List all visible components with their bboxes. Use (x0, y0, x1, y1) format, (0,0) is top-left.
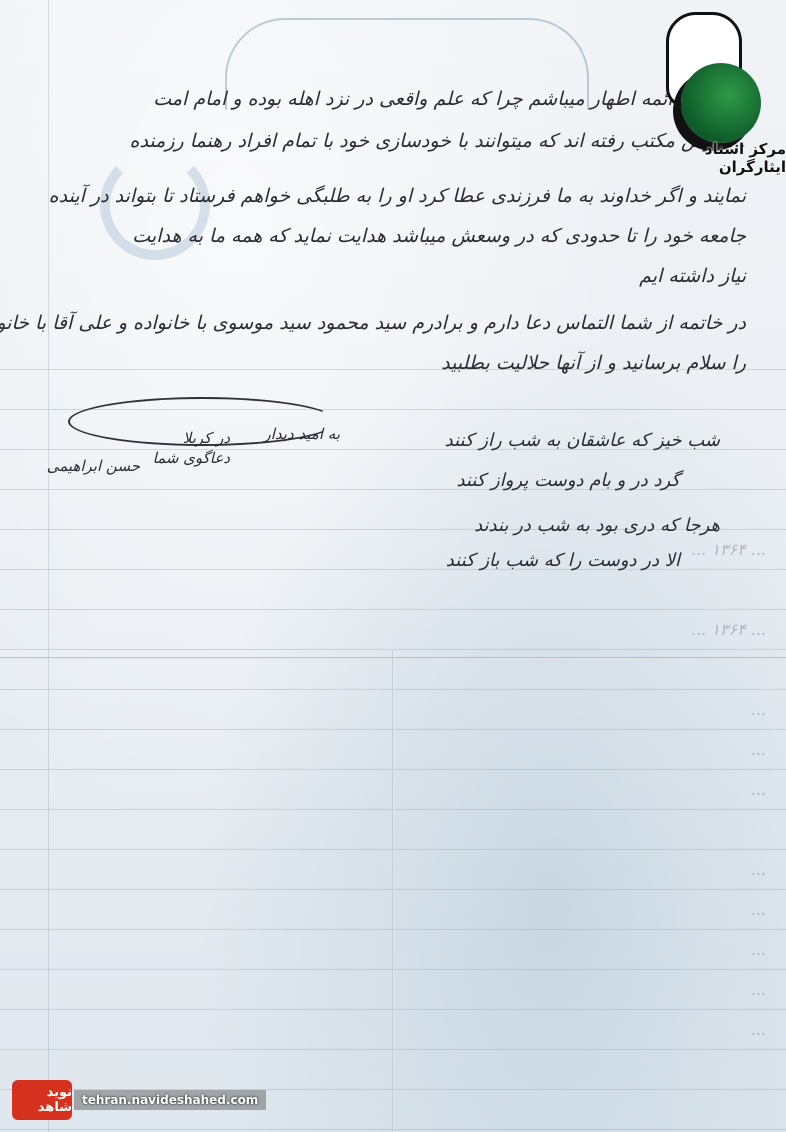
poem-line: هرجا که دری بود به شب در بندند (474, 515, 720, 536)
letter-line: در خاتمه از شما التماس دعا دارم و برادرم… (0, 312, 746, 334)
margin-line (48, 0, 49, 1132)
letter-line: جامعه خود را تا حدودی که در وسعش میباشد … (132, 225, 746, 247)
bleed-through-text: ... (60, 900, 766, 919)
watermark-url: tehran.navideshahed.com (74, 1090, 266, 1110)
bleed-through-text: ... (60, 980, 766, 999)
crescent-icon (681, 63, 761, 143)
navideshahed-logo: نوید شاهد (12, 1080, 72, 1120)
bleed-through-text: ... ۱۳۶۴ ... (60, 620, 766, 639)
letter-line: نمایند و اگر خداوند به ما فرزندی عطا کرد… (49, 185, 746, 207)
letter-line: نیاز داشته ایم (639, 265, 746, 287)
signature-name: حسن ابراهیمی (47, 457, 140, 475)
bleed-through-text: ... (60, 940, 766, 959)
bleed-through-text: ... (60, 780, 766, 799)
vertical-fold (392, 650, 394, 1132)
isargaran-logo: مرکز اسناد ایثارگران (636, 8, 782, 168)
bleed-through-text: ... (60, 700, 766, 719)
signature-line: به امید دیدار (264, 425, 341, 443)
letter-line: را سلام برسانید و از آنها حلالیت بطلبید (441, 352, 746, 374)
bleed-through-text: ... (60, 860, 766, 879)
poem-line: شب خیز که عاشقان به شب راز کنند (445, 430, 720, 451)
bleed-through-text: ... (60, 740, 766, 759)
signature-block: به امید دیدار در کربلا دعاگوی شما حسن اب… (60, 395, 340, 505)
bleed-through-text: ... ۱۳۶۴ ... (60, 540, 766, 559)
poem-line: گرد در و بام دوست پرواز کنند (456, 470, 680, 491)
watermark: نوید شاهد tehran.navideshahed.com (12, 1080, 266, 1120)
signature-line: دعاگوی شما (153, 449, 230, 467)
signature-line: در کربلا (183, 429, 230, 447)
bleed-through-text: ... (60, 1020, 766, 1039)
logo-text: مرکز اسناد ایثارگران (636, 140, 786, 176)
